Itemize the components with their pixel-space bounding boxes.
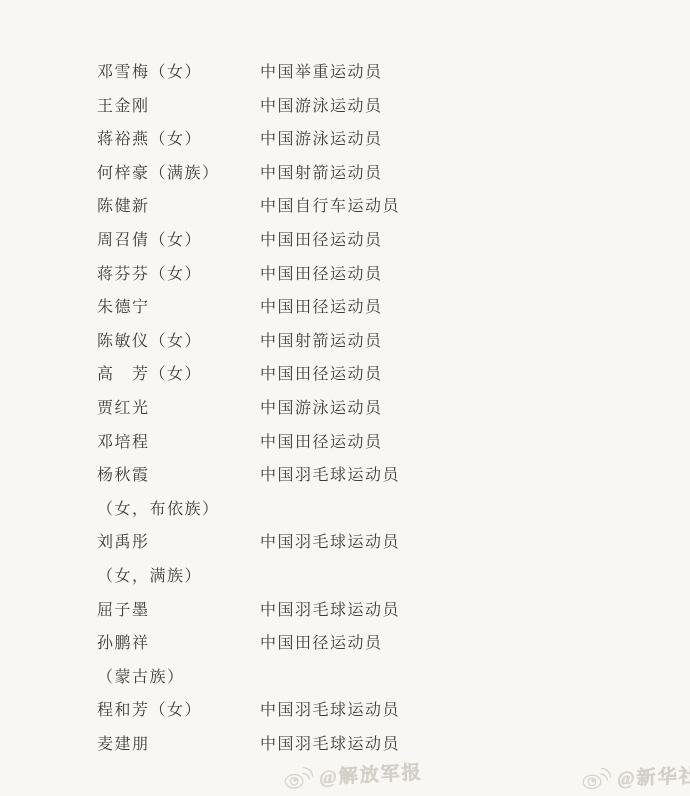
watermark-left-text: @解放军报 — [318, 757, 423, 789]
list-item: 程和芳（女） 中国羽毛球运动员 — [0, 702, 690, 736]
athlete-title: 中国射箭运动员 — [260, 333, 383, 351]
athlete-name: 麦建朋 — [97, 736, 260, 754]
athlete-title: 中国举重运动员 — [260, 64, 383, 82]
athlete-name: 邓雪梅（女） — [97, 64, 260, 82]
list-item: 杨秋霞 中国羽毛球运动员 — [0, 467, 690, 501]
list-item: 孙鹏祥 中国田径运动员 — [0, 635, 690, 669]
athlete-name: 朱德宁 — [97, 299, 260, 317]
athlete-title: 中国羽毛球运动员 — [260, 702, 400, 720]
athlete-title: 中国游泳运动员 — [260, 98, 383, 116]
list-item: 周召倩（女） 中国田径运动员 — [0, 232, 690, 266]
list-item: 蒋芬芬（女） 中国田径运动员 — [0, 266, 690, 300]
athlete-title: 中国田径运动员 — [260, 232, 383, 250]
weibo-icon — [282, 762, 313, 792]
athlete-name: 周召倩（女） — [97, 232, 260, 250]
athlete-title: 中国田径运动员 — [260, 434, 383, 452]
athlete-name: 程和芳（女） — [97, 702, 260, 720]
document-page: 邓雪梅（女） 中国举重运动员 王金刚 中国游泳运动员 蒋裕燕（女） 中国游泳运动… — [0, 0, 690, 796]
athlete-name: 屈子墨 — [97, 602, 260, 620]
list-item: 邓雪梅（女） 中国举重运动员 — [0, 64, 690, 98]
athlete-name: 杨秋霞 — [97, 467, 260, 485]
athlete-title: 中国田径运动员 — [260, 299, 383, 317]
list-item: 蒋裕燕（女） 中国游泳运动员 — [0, 131, 690, 165]
watermark-left: @解放军报 — [282, 756, 423, 791]
athlete-name: 贾红光 — [97, 400, 260, 418]
list-item: （蒙古族） — [0, 669, 690, 703]
athlete-name: 刘禹彤 — [97, 534, 260, 552]
athlete-list: 邓雪梅（女） 中国举重运动员 王金刚 中国游泳运动员 蒋裕燕（女） 中国游泳运动… — [0, 64, 690, 769]
athlete-name: （女，满族） — [97, 568, 260, 586]
list-item: （女，布依族） — [0, 501, 690, 535]
athlete-name: 高 芳（女） — [97, 366, 260, 384]
athlete-name: 蒋芬芬（女） — [97, 266, 260, 284]
list-item: 朱德宁 中国田径运动员 — [0, 299, 690, 333]
athlete-title: 中国田径运动员 — [260, 366, 383, 384]
athlete-title: 中国射箭运动员 — [260, 165, 383, 183]
list-item: 贾红光 中国游泳运动员 — [0, 400, 690, 434]
athlete-title: 中国羽毛球运动员 — [260, 534, 400, 552]
weibo-icon — [581, 763, 612, 792]
athlete-name: 何梓豪（满族） — [97, 165, 260, 183]
athlete-title: 中国羽毛球运动员 — [260, 602, 400, 620]
list-item: 陈敏仪（女） 中国射箭运动员 — [0, 333, 690, 367]
athlete-title: 中国羽毛球运动员 — [260, 736, 400, 754]
athlete-name: 孙鹏祥 — [97, 635, 260, 653]
list-item: 刘禹彤 中国羽毛球运动员 — [0, 534, 690, 568]
list-item: 高 芳（女） 中国田径运动员 — [0, 366, 690, 400]
list-item: 何梓豪（满族） 中国射箭运动员 — [0, 165, 690, 199]
watermark-right: @新华社 — [581, 760, 690, 792]
athlete-title: 中国游泳运动员 — [260, 131, 383, 149]
athlete-title: 中国田径运动员 — [260, 635, 383, 653]
athlete-title: 中国田径运动员 — [260, 266, 383, 284]
athlete-title: 中国羽毛球运动员 — [260, 467, 400, 485]
athlete-name: 王金刚 — [97, 98, 260, 116]
athlete-title: 中国游泳运动员 — [260, 400, 383, 418]
athlete-name: 蒋裕燕（女） — [97, 131, 260, 149]
list-item: 屈子墨 中国羽毛球运动员 — [0, 602, 690, 636]
athlete-name: （女，布依族） — [97, 501, 260, 519]
list-item: 陈健新 中国自行车运动员 — [0, 198, 690, 232]
athlete-name: 陈健新 — [97, 198, 260, 216]
list-item: 邓培程 中国田径运动员 — [0, 434, 690, 468]
athlete-name: 陈敏仪（女） — [97, 333, 260, 351]
athlete-name: 邓培程 — [97, 434, 260, 452]
list-item: 王金刚 中国游泳运动员 — [0, 98, 690, 132]
watermark-right-text: @新华社 — [617, 760, 690, 790]
athlete-title: 中国自行车运动员 — [260, 198, 400, 216]
athlete-name: （蒙古族） — [97, 669, 260, 687]
list-item: （女，满族） — [0, 568, 690, 602]
